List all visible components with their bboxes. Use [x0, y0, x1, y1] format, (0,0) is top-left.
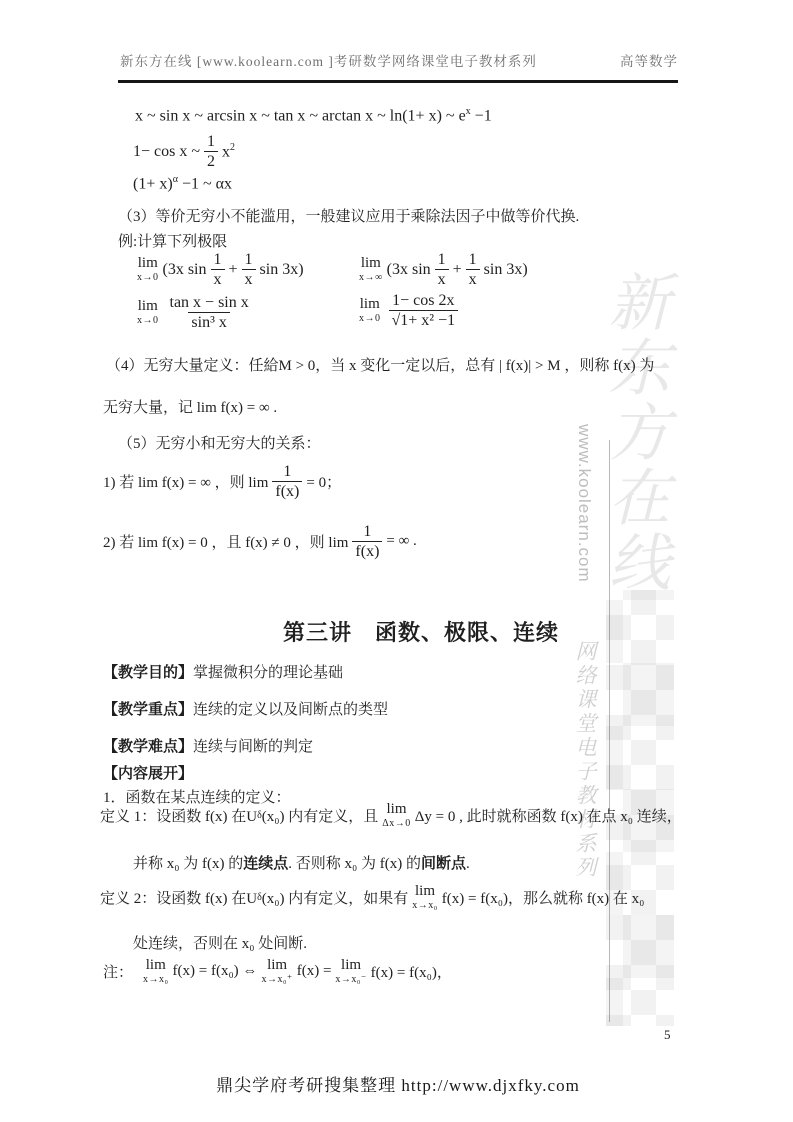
denominator: 2: [204, 151, 218, 171]
objective-label: 【教学重点】: [103, 702, 193, 718]
paragraph-infinity-def-2: 无穷大量，记 lim f(x) = ∞ .: [103, 396, 277, 417]
fraction: 1x: [242, 250, 256, 289]
formula-relation-2: 2) 若 lim f(x) = 0 ，且 f(x) ≠ 0 ，则 lim 1f(…: [103, 522, 417, 561]
objective-line: 【教学目的】掌握微积分的理论基础: [103, 661, 343, 682]
formula-text: 定义 1：设函数 f(x) 在U: [100, 805, 257, 826]
definition-2-continued: 处连续，否则在 x₀ 处间断.: [133, 932, 307, 953]
document-page: 新东方在线 www.koolearn.com 网络课堂电子教材系列 新东方在线 …: [0, 0, 793, 1122]
paragraph-relation-title: （5）无穷小和无穷大的关系：: [118, 432, 321, 453]
formula-text: f(x) = f(x₀)，那么就称 f(x) 在 x₀: [442, 887, 645, 908]
example-label: 例:计算下列极限: [118, 230, 227, 251]
fraction: 1f(x): [272, 462, 302, 501]
formula-text: f(x) = f(x₀) ⇔: [173, 963, 258, 980]
objective-line: 【教学重点】连续的定义以及间断点的类型: [103, 698, 388, 719]
formula-text: (1+ x): [133, 175, 173, 192]
formula-text: 2) 若 lim f(x) = 0 ，且 f(x) ≠ 0 ，则 lim: [103, 531, 348, 552]
formula-text: −1: [471, 107, 492, 124]
formula-text: sin 3x): [484, 261, 528, 279]
formula-limit-ex1: limx→0 (3x sin 1x + 1x sin 3x): [133, 250, 304, 289]
objective-text: 连续与间断的判定: [193, 739, 313, 755]
formula-text: f(x) = f(x₀)，: [371, 961, 452, 982]
text-run: .: [466, 856, 470, 872]
definition-1-continued: 并称 x₀ 为 f(x) 的连续点. 否则称 x₀ 为 f(x) 的间断点.: [133, 852, 470, 873]
fraction: 1x: [435, 250, 449, 289]
formula-text: (x₀) 内有定义，且: [262, 805, 378, 826]
bold-term-continuity-point: 连续点: [243, 856, 288, 872]
fraction: 1− cos 2x √1+ x² −1: [389, 291, 459, 330]
formula-equiv-line3: (1+ x)α −1 ~ αx: [133, 174, 232, 193]
formula-text: 定义 2：设函数 f(x) 在U: [100, 887, 257, 908]
fraction: 1 2: [204, 132, 218, 171]
formula-equiv-line2: 1− cos x ~ 1 2 x2: [133, 132, 235, 171]
limit-operator: limx→0: [137, 256, 159, 283]
watermark-url: www.koolearn.com: [574, 424, 594, 583]
note-label: 注：: [103, 961, 133, 982]
limit-operator: limx→0: [359, 297, 381, 324]
limit-operator: limΔx→0: [382, 802, 410, 829]
formula-limit-ex4: limx→0 1− cos 2x √1+ x² −1: [355, 291, 462, 330]
fraction: tan x − sin xsin³ x: [167, 293, 252, 332]
formula-text: f(x) =: [297, 963, 332, 980]
formula-limit-ex2: limx→∞ (3x sin 1x + 1x sin 3x): [355, 250, 528, 289]
formula-limit-ex3: limx→0 tan x − sin xsin³ x: [133, 293, 256, 332]
formula-text: (3x sin: [387, 261, 431, 279]
objective-label: 【内容展开】: [103, 766, 193, 782]
text-run: . 否则称 x₀ 为 f(x) 的: [288, 856, 421, 872]
note-line: 注： limx→x₀ f(x) = f(x₀) ⇔ limx→x₀⁺ f(x) …: [103, 958, 452, 985]
limit-operator: limx→x₀⁻: [335, 958, 366, 985]
paragraph-infinity-def-1: （4）无穷大量定义：任給M > 0，当 x 变化一定以后，总有 | f(x)| …: [106, 354, 654, 375]
formula-text: 1− cos x ~: [133, 143, 200, 161]
formula-text: x ~ sin x ~ arcsin x ~ tan x ~ arctan x …: [135, 107, 466, 124]
page-number: 5: [664, 1027, 671, 1043]
lecture-title: 第三讲 函数、极限、连续: [283, 616, 559, 647]
fraction: 1f(x): [352, 522, 382, 561]
limit-operator: limx→x₀⁺: [261, 958, 292, 985]
footer-credit: 鼎尖学府考研搜集整理 http://www.djxfky.com: [118, 1071, 678, 1096]
objective-label: 【教学难点】: [103, 739, 193, 755]
denominator-sqrt: √1+ x² −1: [389, 310, 459, 330]
fraction: 1x: [211, 250, 225, 289]
formula-text: = 0；: [306, 471, 341, 492]
formula-text: +: [229, 261, 238, 279]
formula-text: Δy = 0 , 此时就称函数 f(x) 在点 x₀ 连续，: [415, 805, 682, 826]
formula-relation-1: 1) 若 lim f(x) = ∞ ，则 lim 1f(x) = 0；: [103, 462, 341, 501]
formula-text: sin 3x): [260, 261, 304, 279]
formula-text: (3x sin: [163, 261, 207, 279]
definition-2-line: 定义 2：设函数 f(x) 在Uδ(x₀) 内有定义，如果有 limx→x₀ f…: [100, 884, 644, 911]
formula-text: = ∞ .: [386, 533, 416, 550]
limit-operator: limx→x₀: [412, 884, 438, 911]
formula-equiv-line1: x ~ sin x ~ arcsin x ~ tan x ~ arctan x …: [135, 106, 492, 125]
numerator: 1: [204, 132, 218, 151]
formula-text: −1 ~ αx: [178, 175, 232, 192]
limit-operator: limx→x₀: [143, 958, 169, 985]
definition-1-line: 定义 1：设函数 f(x) 在Uδ(x₀) 内有定义，且 limΔx→0 Δy …: [100, 802, 682, 829]
limit-operator: limx→0: [137, 299, 159, 326]
limit-operator: limx→∞: [359, 256, 383, 283]
objective-line: 【教学难点】连续与间断的判定: [103, 735, 313, 756]
paragraph-rule3: （3）等价无穷小不能滥用，一般建议应用于乘除法因子中做等价代换.: [118, 205, 579, 226]
objective-line: 【内容展开】: [103, 762, 193, 783]
formula-text: 1) 若 lim f(x) = ∞ ，则 lim: [103, 471, 268, 492]
watermark-brand: 新东方在线: [602, 270, 664, 595]
watermark-series: 网络课堂电子教材系列: [570, 640, 600, 880]
header-rule: [118, 80, 678, 83]
header-series-title: 新东方在线 [www.koolearn.com ]考研数学网络课堂电子教材系列: [120, 50, 537, 70]
bold-term-discontinuity-point: 间断点: [421, 856, 466, 872]
formula-text: x2: [222, 142, 235, 161]
formula-text: (x₀) 内有定义，如果有: [262, 887, 408, 908]
fraction: 1x: [466, 250, 480, 289]
text-run: 并称 x₀ 为 f(x) 的: [133, 856, 243, 872]
objective-text: 掌握微积分的理论基础: [193, 665, 343, 681]
objective-label: 【教学目的】: [103, 665, 193, 681]
formula-text: +: [453, 261, 462, 279]
header-subject: 高等数学: [620, 50, 678, 70]
objective-text: 连续的定义以及间断点的类型: [193, 702, 388, 718]
